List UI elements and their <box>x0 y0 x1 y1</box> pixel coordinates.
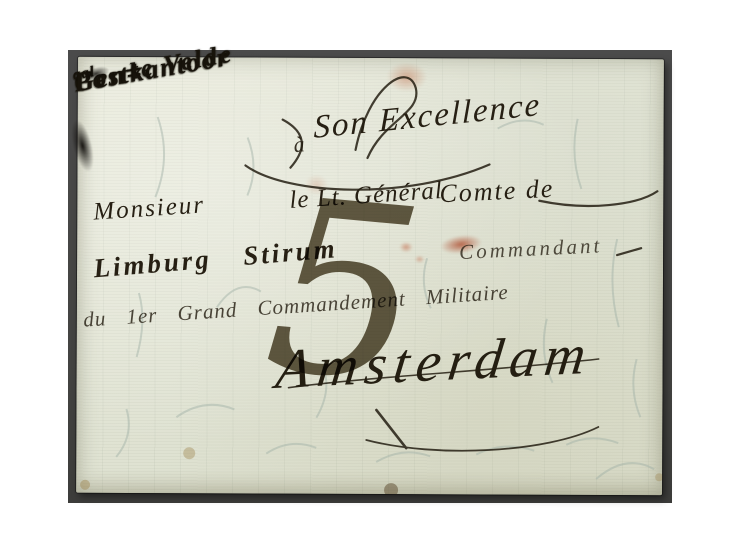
cover-photograph: Gen=aal Postkantoor te Velde · à Son Exc… <box>68 50 672 503</box>
red-chalk-smudge-top <box>378 56 436 98</box>
ink-smear <box>61 107 104 185</box>
address-word-monsieur: Monsieur <box>92 191 205 226</box>
postal-cover: Gen=aal Postkantoor te Velde · à Son Exc… <box>76 57 664 496</box>
address-line-excellence: Son Excellence <box>314 87 542 147</box>
foxing-spots <box>80 447 663 496</box>
rate-marking-5: 5 <box>258 167 431 418</box>
address-word-comte-de: Comte de <box>439 174 555 209</box>
